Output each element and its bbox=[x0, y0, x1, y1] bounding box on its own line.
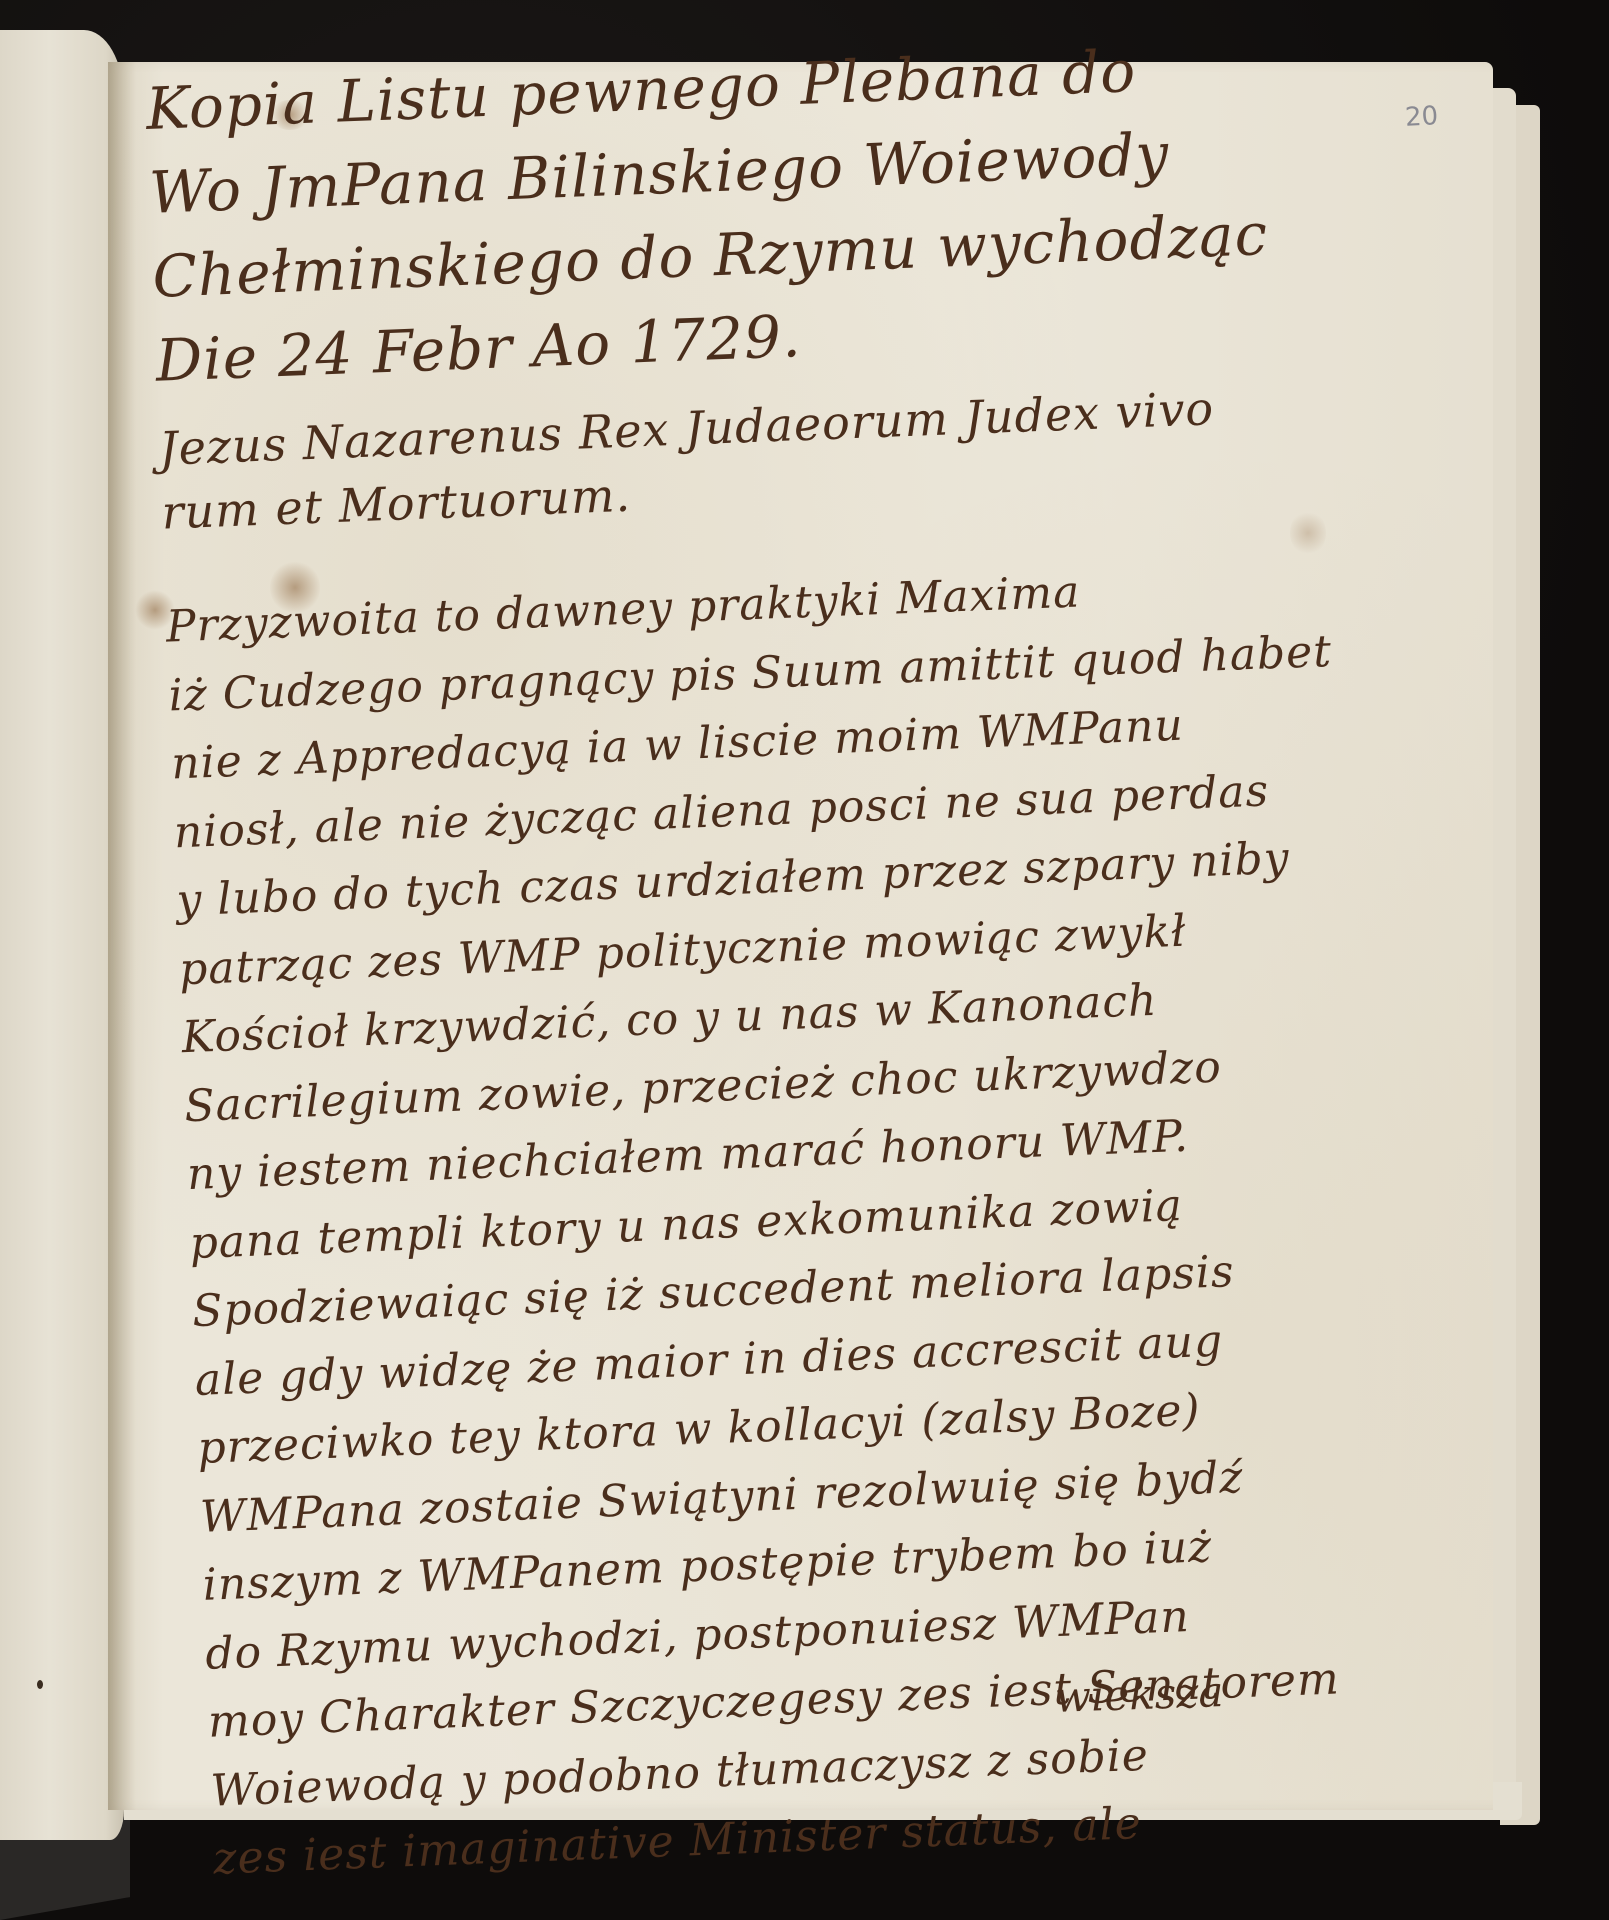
letter-body: Przyzwoita to dawney praktyki Maxima iż … bbox=[165, 558, 1454, 1906]
letter-heading: Kopia Listu pewnego Plebana do Wo JmPana… bbox=[145, 32, 1397, 415]
manuscript-text: Kopia Listu pewnego Plebana do Wo JmPana… bbox=[145, 32, 1454, 1906]
left-facing-page bbox=[0, 30, 124, 1840]
catchword: wieksza bbox=[1054, 1667, 1224, 1722]
folio-number: 20 bbox=[1404, 101, 1439, 133]
binding-hole bbox=[37, 1680, 43, 1689]
gutter-shadow bbox=[108, 62, 136, 1810]
